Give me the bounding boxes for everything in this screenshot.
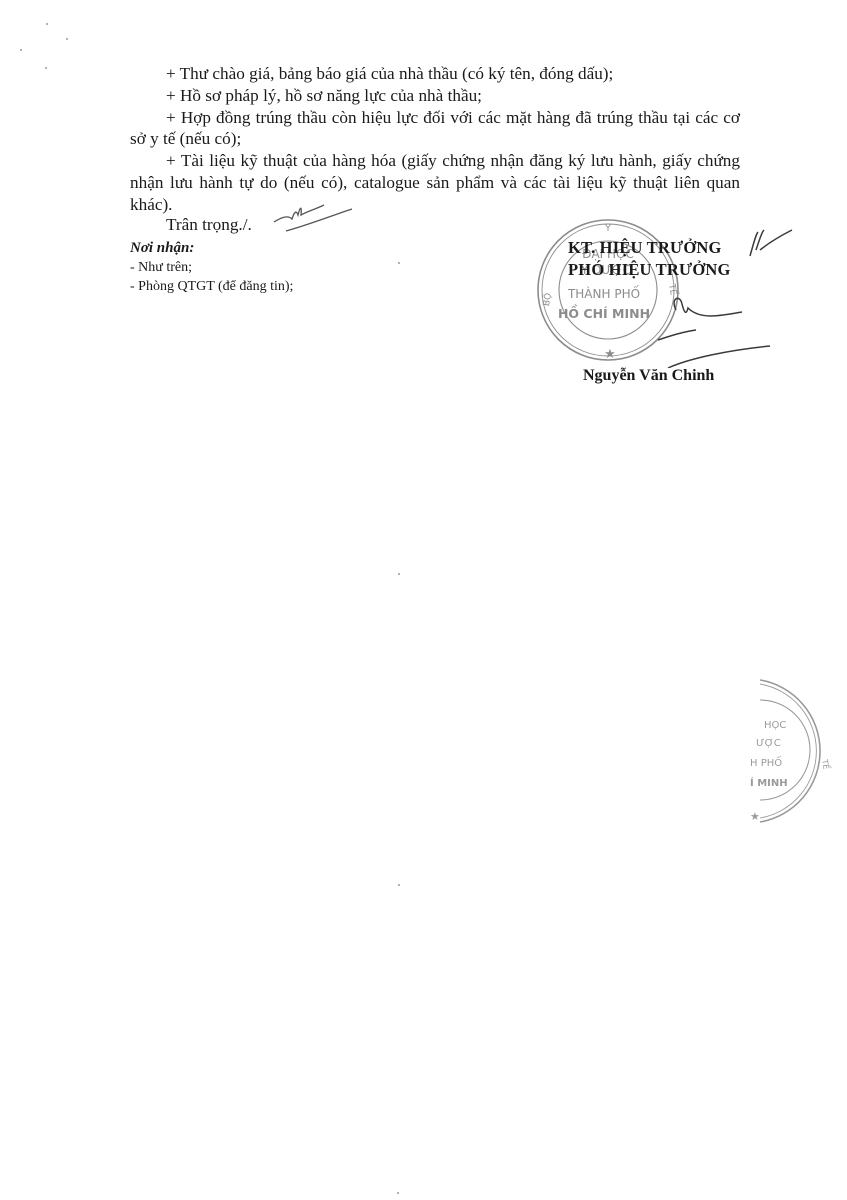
body-paragraph: + Hợp đồng trúng thầu còn hiệu lực đối v… — [130, 107, 740, 151]
svg-text:Y: Y — [604, 224, 611, 234]
scan-speck — [45, 67, 47, 69]
document-body: + Thư chào giá, bảng báo giá của nhà thầ… — [130, 63, 740, 216]
scan-speck — [398, 573, 400, 575]
svg-text:Í MINH: Í MINH — [750, 776, 788, 789]
scan-speck — [398, 884, 400, 886]
body-paragraph: + Tài liệu kỹ thuật của hàng hóa (giấy c… — [130, 150, 740, 215]
scan-speck — [20, 49, 22, 51]
svg-text:HỒ CHÍ MINH: HỒ CHÍ MINH — [558, 304, 650, 321]
svg-text:TẾ: TẾ — [820, 757, 833, 771]
scan-speck — [398, 262, 400, 264]
svg-text:★: ★ — [604, 347, 616, 362]
svg-text:ƯỢC: ƯỢC — [756, 738, 781, 749]
scan-speck — [66, 38, 68, 40]
signature-title-line2: PHÓ HIỆU TRƯỞNG — [568, 259, 768, 281]
svg-text:BỘ: BỘ — [540, 292, 554, 307]
signature-title-line1: KT. HIỆU TRƯỞNG — [568, 237, 768, 259]
recipient-item: - Phòng QTGT (để đăng tin); — [130, 277, 293, 296]
recipient-item: - Như trên; — [130, 258, 293, 277]
scan-speck — [397, 1192, 399, 1194]
partial-stamp-icon: HỌC ƯỢC H PHỐ Í MINH TẾ ★ — [720, 670, 847, 830]
svg-text:HỌC: HỌC — [764, 720, 786, 731]
closing-text: Trân trọng./. — [166, 215, 252, 235]
recipients-block: Nơi nhận: - Như trên; - Phòng QTGT (để đ… — [130, 239, 293, 296]
svg-text:★: ★ — [750, 810, 760, 823]
signer-name: Nguyễn Văn Chinh — [583, 367, 714, 385]
document-page: + Thư chào giá, bảng báo giá của nhà thầ… — [0, 0, 847, 1200]
svg-text:THÀNH PHỐ: THÀNH PHỐ — [567, 285, 640, 301]
recipients-heading: Nơi nhận: — [130, 239, 293, 258]
signature-block: KT. HIỆU TRƯỞNG PHÓ HIỆU TRƯỞNG — [568, 237, 768, 281]
body-paragraph: + Hồ sơ pháp lý, hồ sơ năng lực của nhà … — [130, 85, 740, 107]
body-paragraph: + Thư chào giá, bảng báo giá của nhà thầ… — [130, 63, 740, 85]
svg-text:H PHỐ: H PHỐ — [750, 755, 782, 769]
svg-text:TẾ: TẾ — [666, 282, 680, 296]
scan-speck — [46, 23, 48, 25]
